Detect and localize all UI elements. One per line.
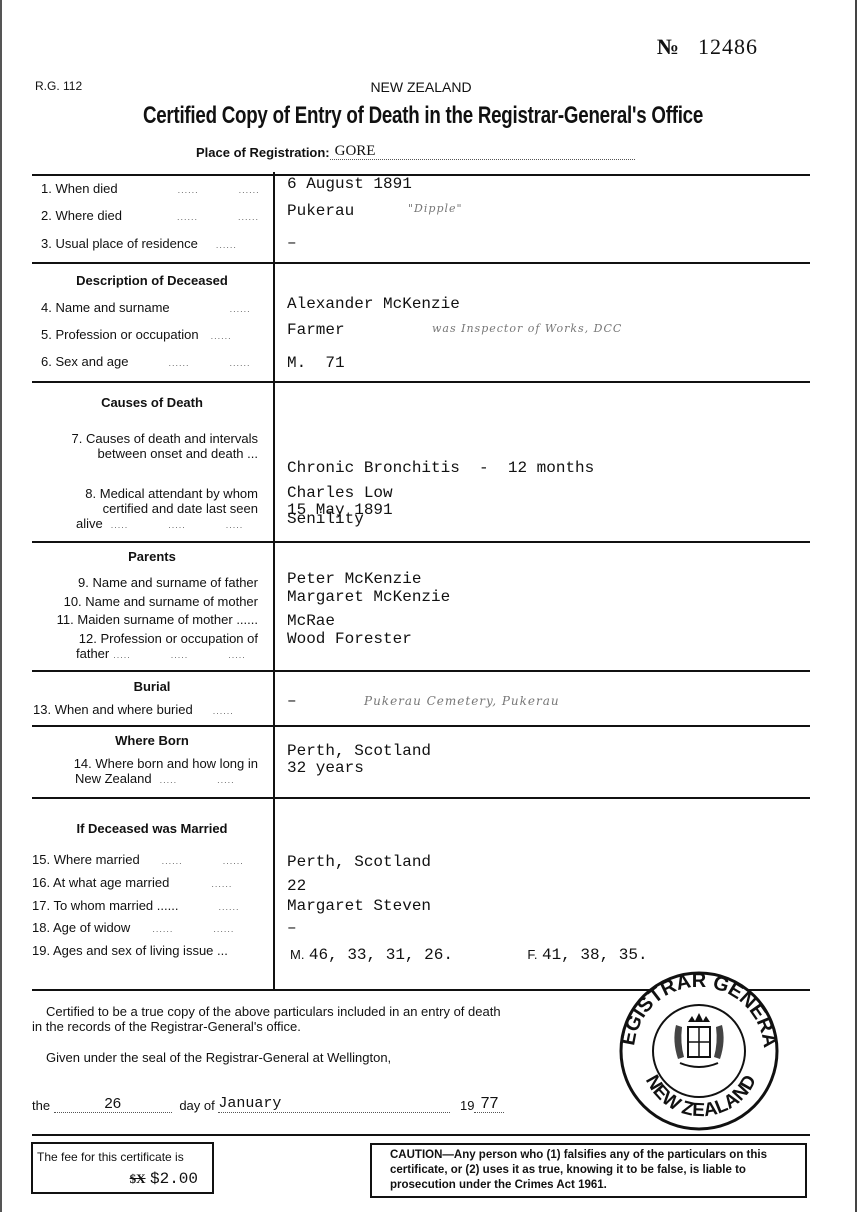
label-father: 9. Name and surname of father (32, 575, 258, 590)
value-whom-married: Margaret Steven (287, 898, 431, 915)
date-line: the 26 day of January 1977 (32, 1095, 504, 1113)
label-where-married: 15. Where married............ (32, 852, 244, 869)
registrar-general-seal-icon: REGISTRAR GENERAL NEW ZEALAND (612, 967, 787, 1132)
female-issue-ages: 41, 38, 35. (542, 946, 648, 964)
divider (32, 174, 810, 176)
value-burial: – (287, 693, 297, 710)
value-mother: Margaret McKenzie (287, 589, 450, 606)
day-value: 26 (54, 1095, 172, 1113)
label-usual-residence: 3. Usual place of residence...... (41, 236, 237, 253)
value-name: Alexander McKenzie (287, 296, 460, 313)
value-widow-age: – (287, 920, 297, 937)
fee-box: The fee for this certificate is $X $2.00 (31, 1142, 214, 1194)
divider (32, 262, 810, 264)
given-under-seal: Given under the seal of the Registrar-Ge… (46, 1050, 391, 1065)
value-medical-attendant: Charles Low 15 May 1891 (287, 485, 393, 519)
label-name: 4. Name and surname...... (41, 300, 251, 317)
label-living-issue: 19. Ages and sex of living issue ... (32, 943, 228, 958)
serial-value: 12486 (698, 34, 758, 59)
value-when-died: 6 August 1891 (287, 176, 412, 193)
value-usual-residence: – (287, 235, 297, 252)
value-where-married: Perth, Scotland (287, 854, 431, 871)
label-maiden-name: 11. Maiden surname of mother ...... (32, 612, 258, 627)
value-father-occupation: Wood Forester (287, 631, 412, 648)
column-divider (273, 172, 275, 990)
section-heading-born: Where Born (32, 733, 272, 748)
place-value: GORE (330, 143, 635, 160)
death-certificate-page: №12486 R.G. 112 NEW ZEALAND Certified Co… (0, 0, 857, 1212)
year-value: 77 (474, 1095, 504, 1113)
document-title: Certified Copy of Entry of Death in the … (95, 102, 752, 130)
section-heading-married: If Deceased was Married (32, 821, 272, 836)
place-of-registration: Place of Registration:GORE (196, 143, 635, 160)
value-born: Perth, Scotland 32 years (287, 743, 431, 777)
certification-text: Certified to be a true copy of the above… (32, 1004, 602, 1034)
serial-number: №12486 (657, 34, 758, 60)
label-causes: 7. Causes of death and intervals between… (32, 431, 258, 461)
male-prefix: M. (290, 947, 304, 962)
label-occupation: 5. Profession or occupation...... (41, 327, 232, 344)
label-age-married: 16. At what age married...... (32, 875, 232, 892)
label-burial: 13. When and where buried...... (33, 702, 234, 719)
handwritten-annotation: Pukerau Cemetery, Pukerau (364, 694, 560, 708)
divider (32, 381, 810, 383)
section-heading-burial: Burial (32, 679, 272, 694)
label-widow-age: 18. Age of widow............ (32, 920, 234, 937)
value-occupation: Farmer (287, 322, 345, 339)
male-issue-ages: 46, 33, 31, 26. (309, 946, 453, 964)
divider (32, 670, 810, 672)
label-when-died: 1. When died............ (41, 181, 260, 198)
value-father: Peter McKenzie (287, 571, 421, 588)
section-heading-causes: Causes of Death (32, 395, 272, 410)
label-where-died: 2. Where died............ (41, 208, 259, 225)
label-father-occupation: 12. Profession or occupation of father..… (32, 631, 258, 663)
value-where-died: Pukerau (287, 203, 354, 220)
divider (32, 1134, 810, 1136)
label-sex-age: 6. Sex and age............ (41, 354, 251, 371)
section-heading-description: Description of Deceased (32, 273, 272, 288)
serial-prefix: № (657, 34, 680, 59)
value-maiden-name: McRae (287, 613, 335, 630)
label-born: 14. Where born and how long in New Zeala… (32, 756, 258, 788)
value-sex-age: M. 71 (287, 355, 345, 372)
handwritten-annotation: was Inspector of Works, DCC (432, 322, 622, 335)
fee-amount: $X $2.00 (37, 1170, 208, 1188)
month-value: January (218, 1095, 450, 1113)
caution-notice: CAUTION—Any person who (1) falsifies any… (370, 1143, 807, 1198)
label-mother: 10. Name and surname of mother (32, 594, 258, 609)
fee-label: The fee for this certificate is (37, 1150, 208, 1164)
handwritten-annotation: "Dipple" (408, 202, 463, 215)
place-label: Place of Registration: (196, 145, 330, 160)
female-prefix: F. (527, 947, 537, 962)
section-heading-parents: Parents (32, 549, 272, 564)
value-living-issue: M. 46, 33, 31, 26. F. 41, 38, 35. (290, 946, 648, 964)
country-heading: NEW ZEALAND (2, 79, 840, 95)
divider (32, 797, 810, 799)
divider (32, 725, 810, 727)
label-whom-married: 17. To whom married ............ (32, 898, 239, 915)
label-medical-attendant: 8. Medical attendant by whom certified a… (32, 486, 258, 533)
value-age-married: 22 (287, 878, 306, 895)
